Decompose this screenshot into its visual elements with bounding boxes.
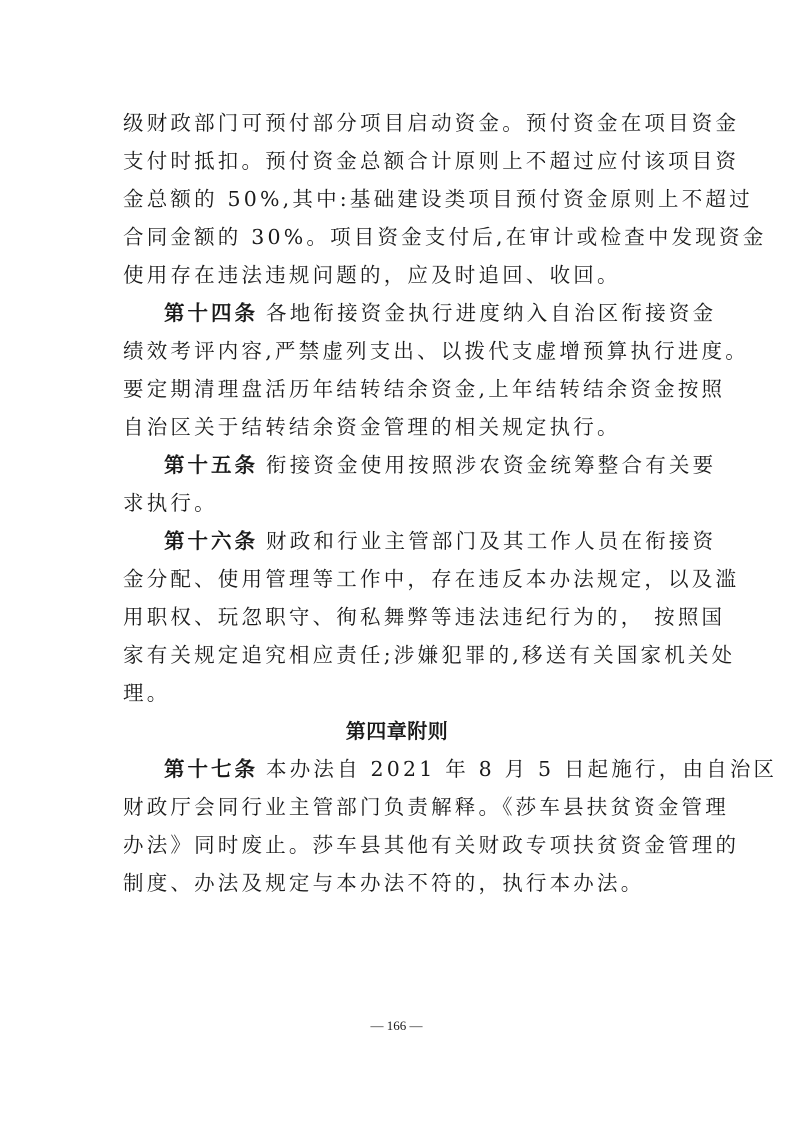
article-15: 第十五条衔接资金使用按照涉农资金统筹整合有关要 求执行。 [123, 446, 671, 522]
text-line: 绩效考评内容,严禁虚列支出、以拨代支虚增预算执行进度。 [123, 332, 671, 370]
article-text: 本办法自 2021 年 8 月 5 日起施行，由自治区 [266, 757, 777, 781]
text-line: 级财政部门可预付部分项目启动资金。预付资金在项目资金 [123, 104, 671, 142]
article-16: 第十六条财政和行业主管部门及其工作人员在衔接资 金分配、使用管理等工作中，存在违… [123, 522, 671, 712]
article-label: 第十四条 [164, 301, 258, 325]
text-line: 理。 [123, 674, 671, 712]
article-17: 第十七条本办法自 2021 年 8 月 5 日起施行，由自治区 财政厅会同行业主… [123, 750, 671, 902]
text-line: 家有关规定追究相应责任;涉嫌犯罪的,移送有关国家机关处 [123, 636, 671, 674]
text-line: 财政厅会同行业主管部门负责解释。《莎车县扶贫资金管理 [123, 788, 671, 826]
article-text: 各地衔接资金执行进度纳入自治区衔接资金 [266, 301, 716, 325]
article-14: 第十四条各地衔接资金执行进度纳入自治区衔接资金 绩效考评内容,严禁虚列支出、以拨… [123, 294, 671, 446]
article-label: 第十七条 [164, 757, 258, 781]
chapter-heading: 第四章附则 [123, 712, 671, 750]
text-line: 支付时抵扣。预付资金总额合计原则上不超过应付该项目资 [123, 142, 671, 180]
article-first-line: 第十六条财政和行业主管部门及其工作人员在衔接资 [123, 522, 671, 560]
text-line: 制度、办法及规定与本办法不符的，执行本办法。 [123, 864, 671, 902]
text-line: 用职权、玩忽职守、徇私舞弊等违法违纪行为的， 按照国 [123, 598, 671, 636]
article-label: 第十六条 [164, 529, 258, 553]
text-line: 合同金额的 30%。项目资金支付后,在审计或检查中发现资金 [123, 218, 671, 256]
article-first-line: 第十七条本办法自 2021 年 8 月 5 日起施行，由自治区 [123, 750, 671, 788]
article-label: 第十五条 [164, 453, 258, 477]
article-first-line: 第十五条衔接资金使用按照涉农资金统筹整合有关要 [123, 446, 671, 484]
text-line: 求执行。 [123, 484, 671, 522]
article-text: 衔接资金使用按照涉农资金统筹整合有关要 [266, 453, 716, 477]
text-line: 金分配、使用管理等工作中，存在违反本办法规定，以及滥 [123, 560, 671, 598]
text-line: 要定期清理盘活历年结转结余资金,上年结转结余资金按照 [123, 370, 671, 408]
paragraph-continuation: 级财政部门可预付部分项目启动资金。预付资金在项目资金 支付时抵扣。预付资金总额合… [123, 104, 671, 294]
text-line: 办法》同时废止。莎车县其他有关财政专项扶贫资金管理的 [123, 826, 671, 864]
document-page: 级财政部门可预付部分项目启动资金。预付资金在项目资金 支付时抵扣。预付资金总额合… [123, 104, 671, 902]
page-number: — 166 — [0, 1018, 793, 1034]
article-text: 财政和行业主管部门及其工作人员在衔接资 [266, 529, 716, 553]
text-line: 自治区关于结转结余资金管理的相关规定执行。 [123, 408, 671, 446]
text-line: 金总额的 50%,其中:基础建设类项目预付资金原则上不超过 [123, 180, 671, 218]
text-line: 使用存在违法违规问题的，应及时追回、收回。 [123, 256, 671, 294]
article-first-line: 第十四条各地衔接资金执行进度纳入自治区衔接资金 [123, 294, 671, 332]
